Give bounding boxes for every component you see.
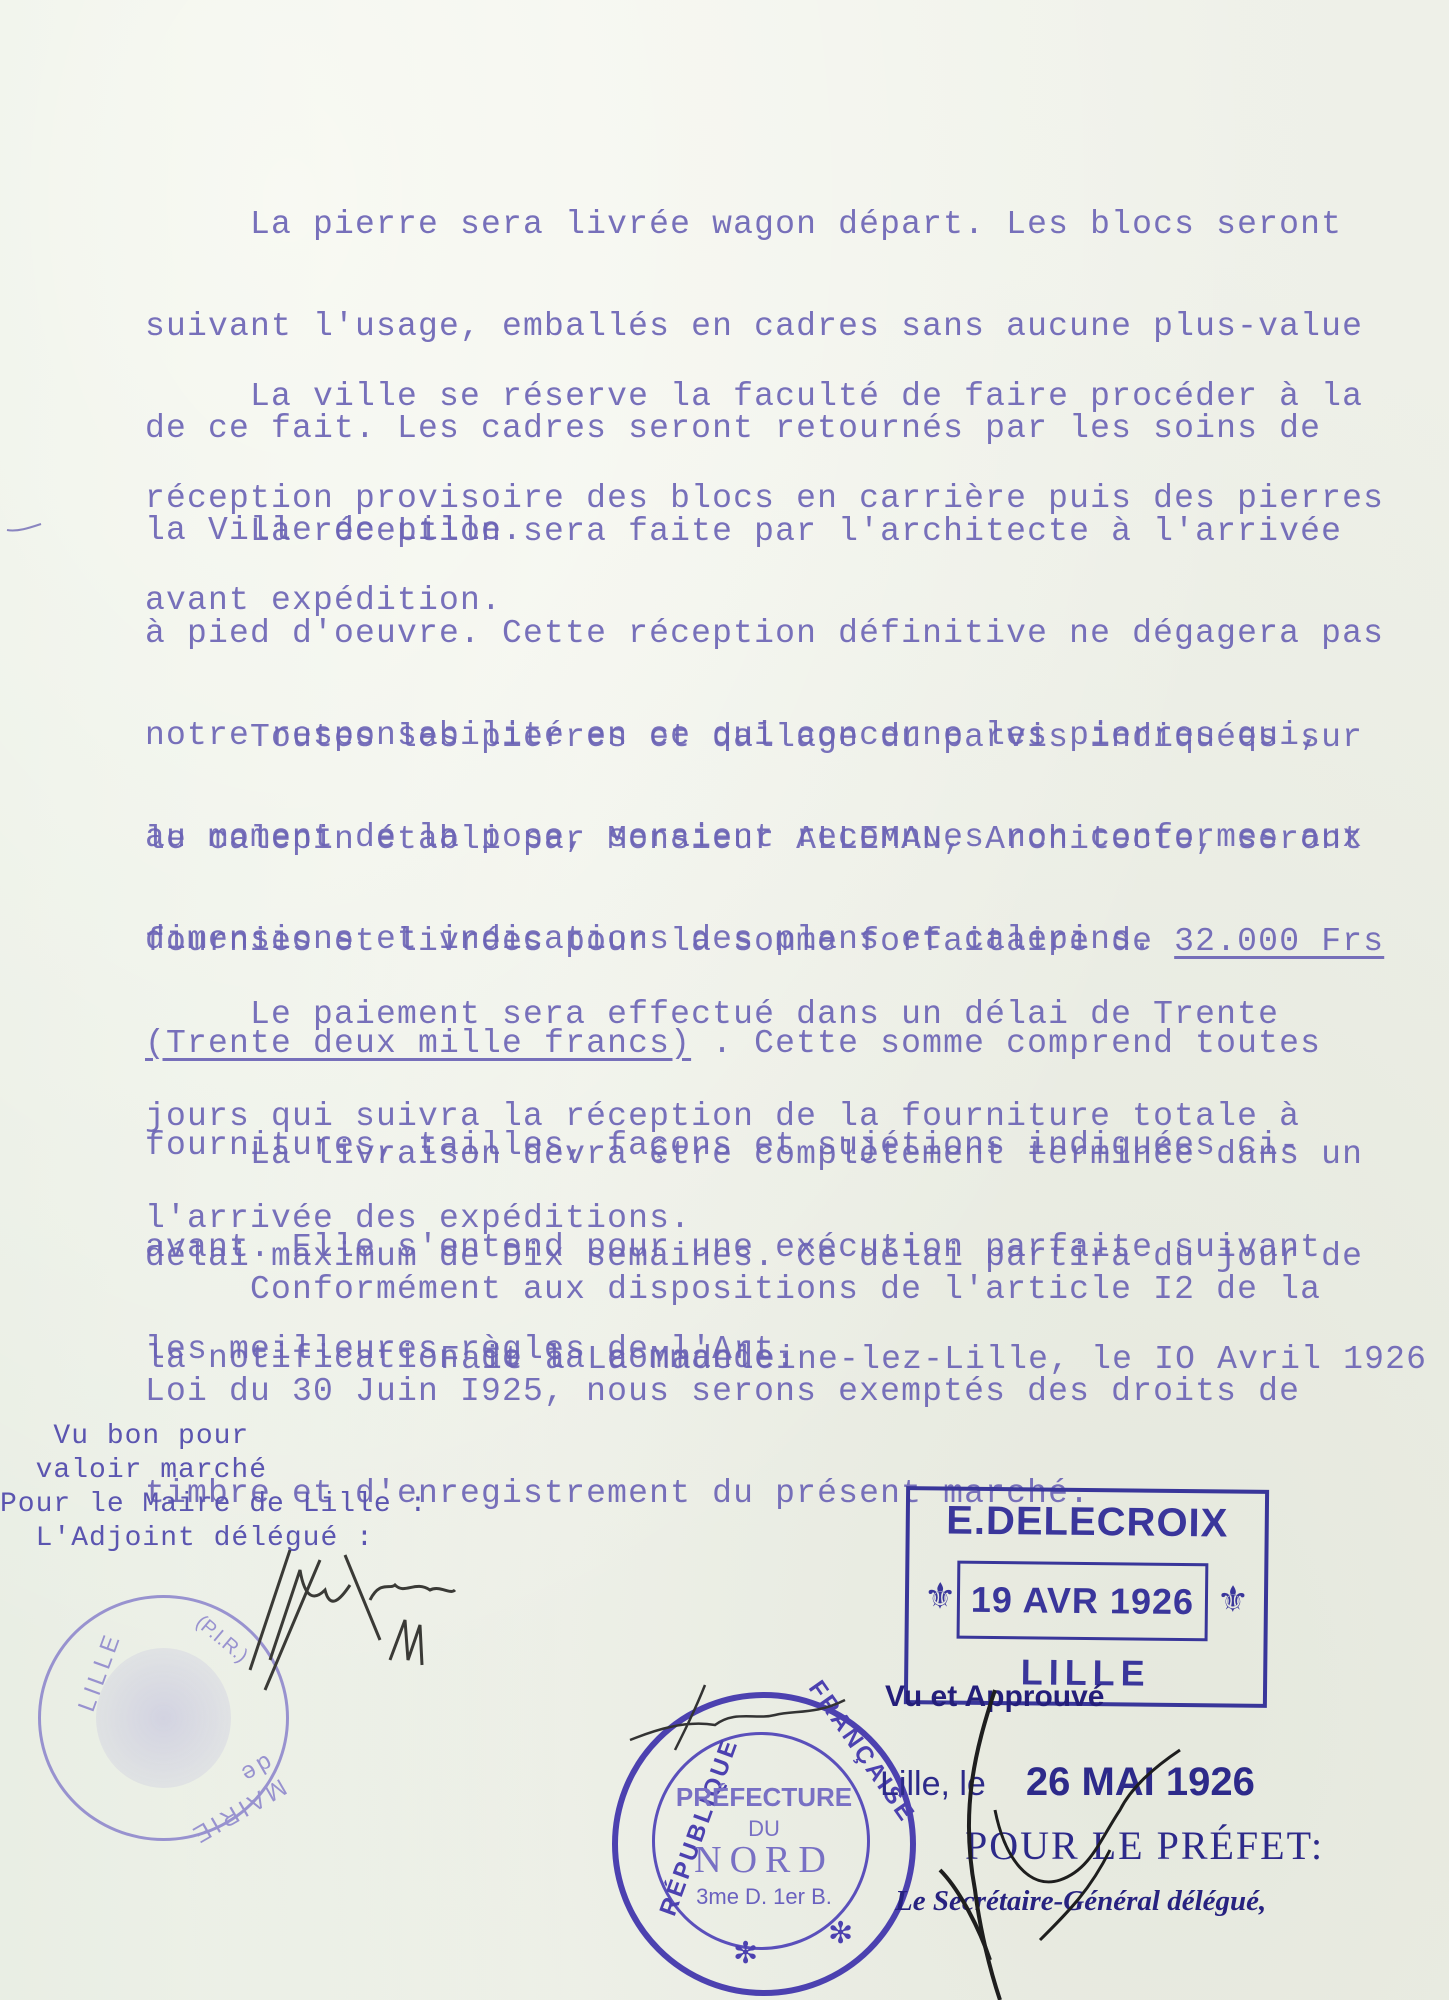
margin-mark — [5, 520, 45, 535]
stamp-division-label: 3me D. 1er B. — [618, 1884, 910, 1910]
place-date-line: Fait à La Madeleine-lez-Lille, le IO Avr… — [440, 1343, 1427, 1377]
text-line: La pierre sera livrée wagon départ. Les … — [145, 208, 1415, 242]
stamp-name: E.DELECROIX — [910, 1498, 1265, 1547]
approval-line: Vu bon pour — [0, 1420, 520, 1454]
prefecture-clerk-signature — [615, 1680, 875, 1760]
text-line: le calepin établi par Monsieur ALLEMAN, … — [145, 823, 1415, 857]
adjoint-signature — [230, 1540, 470, 1710]
stamp-nord-label: NORD — [618, 1838, 910, 1882]
fleur-de-lis-icon: ⚜ — [924, 1575, 957, 1617]
star-icon: ✻ — [733, 1936, 758, 1971]
text-line: Toutes les pierres et dallage du parvis … — [145, 721, 1415, 755]
document-page: La pierre sera livrée wagon départ. Les … — [0, 0, 1449, 2000]
secretary-general-signature — [920, 1690, 1220, 2000]
text-line: La ville se réserve la faculté de faire … — [145, 380, 1415, 414]
delecroix-date-stamp: E.DELECROIX ⚜ 19 AVR 1926 ⚜ LILLE — [904, 1486, 1269, 1708]
text-line: Loi du 30 Juin I925, nous serons exempté… — [145, 1375, 1415, 1409]
text-line: à pied d'oeuvre. Cette réception définit… — [145, 617, 1415, 651]
mayor-approval-block: Vu bon pour valoir marché Pour le Maire … — [0, 1420, 520, 1556]
text-line: La livraison devra être complètement ter… — [145, 1138, 1415, 1172]
star-icon: ✻ — [828, 1916, 853, 1951]
text-line: Conformément aux dispositions de l'artic… — [145, 1273, 1415, 1307]
approval-line: Pour le Maire de Lille : — [0, 1488, 520, 1522]
stamp-date: 19 AVR 1926 — [957, 1561, 1209, 1642]
text-line: La réception sera faite par l'architecte… — [145, 515, 1415, 549]
approval-line: valoir marché — [0, 1454, 520, 1488]
stamp-prefecture-label: PRÉFECTURE — [618, 1782, 910, 1813]
text-line: Le paiement sera effectué dans un délai … — [145, 998, 1415, 1032]
fleur-de-lis-icon: ⚜ — [1216, 1578, 1249, 1620]
